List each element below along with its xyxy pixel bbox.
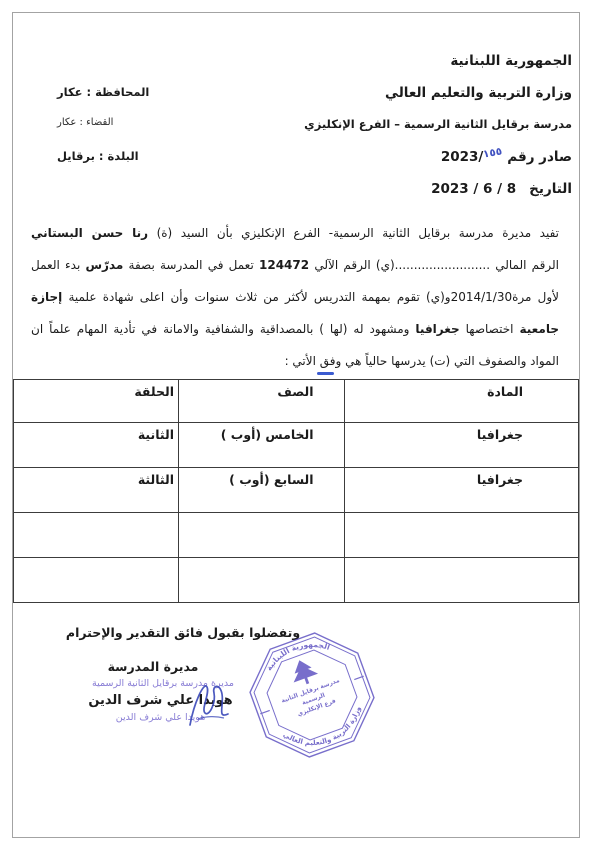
table-row: جغرافيا الخامس (أوب ) الثانية bbox=[14, 423, 579, 468]
teacher-name: رنا حسن البستاني bbox=[31, 226, 148, 240]
letter-body: تفيد مديرة مدرسة برقايل الثانية الرسمية-… bbox=[13, 217, 579, 377]
town-label: البلدة : برقايل bbox=[57, 149, 139, 163]
signature-title: مديرة المدرسة bbox=[48, 659, 258, 674]
district-label: القضاء : عكار bbox=[57, 117, 113, 128]
ministry-title: وزارة التربية والتعليم العالي bbox=[385, 85, 572, 101]
cedar-tree-icon bbox=[287, 656, 320, 688]
col-header-subject: المادة bbox=[344, 380, 578, 423]
cell-subject bbox=[344, 558, 578, 603]
cell-subject bbox=[344, 513, 578, 558]
date-line: التاريخ8 / 6 / 2023 bbox=[431, 181, 572, 197]
body-line-3: لأول مرة2014/1/30و(ي) تقوم بمهمة التدريس… bbox=[31, 281, 559, 313]
issue-number-line: صادر رقم ١٥٥/2023 bbox=[441, 149, 572, 165]
seal-ring-top-text: الجمهورية اللبنانية bbox=[260, 631, 334, 674]
header-row-4: صادر رقم ١٥٥/2023 البلدة : برقايل bbox=[13, 149, 579, 181]
header-row-2: وزارة التربية والتعليم العالي المحافظة :… bbox=[13, 85, 579, 117]
svg-text:الجمهورية اللبنانية: الجمهورية اللبنانية bbox=[260, 631, 334, 674]
body-line-1-text: تفيد مديرة مدرسة برقايل الثانية الرسمية-… bbox=[148, 226, 559, 240]
col-header-cycle: الحلقة bbox=[14, 380, 179, 423]
degree-word: إجازة bbox=[31, 290, 62, 304]
cell-grade bbox=[179, 558, 345, 603]
table-row: جغرافيا السابع (أوب ) الثالثة bbox=[14, 468, 579, 513]
body-line-2: الرقم المالي .........................(ي… bbox=[31, 249, 559, 281]
table-header-row: المادة الصف الحلقة bbox=[14, 380, 579, 423]
body-line-2-text: تعمل في المدرسة بصفة bbox=[123, 258, 259, 272]
body-line-3-text: لأول مرة2014/1/30و(ي) تقوم بمهمة التدريس… bbox=[62, 290, 559, 304]
governorate-label: المحافظة : عكار bbox=[57, 85, 149, 99]
degree-word-2: جامعية bbox=[519, 322, 559, 336]
handwritten-signature bbox=[178, 673, 240, 735]
cell-cycle: الثالثة bbox=[14, 468, 179, 513]
cell-subject: جغرافيا bbox=[344, 423, 578, 468]
document-frame: الجمهورية اللبنانية وزارة التربية والتعل… bbox=[12, 12, 580, 838]
job-title: مدرّس bbox=[86, 258, 124, 272]
specialty-subject: جغرافيا bbox=[415, 322, 459, 336]
official-seal-stamp: الجمهورية اللبنانية وزارة التربية والتعل… bbox=[237, 629, 387, 763]
issue-year: /2023 bbox=[441, 149, 484, 165]
letter-header: الجمهورية اللبنانية وزارة التربية والتعل… bbox=[13, 53, 579, 213]
subjects-table: المادة الصف الحلقة جغرافيا الخامس (أوب )… bbox=[13, 379, 579, 603]
col-header-grade: الصف bbox=[179, 380, 345, 423]
body-line-2-tail: بدء العمل bbox=[31, 258, 86, 272]
cell-cycle bbox=[14, 558, 179, 603]
date-value: 8 / 6 / 2023 bbox=[431, 181, 516, 197]
cell-cycle: الثانية bbox=[14, 423, 179, 468]
republic-title: الجمهورية اللبنانية bbox=[450, 53, 572, 69]
header-row-5: التاريخ8 / 6 / 2023 bbox=[13, 181, 579, 213]
body-line-5: المواد والصفوف التي (ت) يدرسها حالياً هي… bbox=[31, 345, 559, 377]
cell-grade bbox=[179, 513, 345, 558]
automated-number: 124472 bbox=[259, 258, 309, 272]
table-row bbox=[14, 513, 579, 558]
body-line-4-text: اختصاصها bbox=[460, 322, 520, 336]
cell-grade: السابع (أوب ) bbox=[179, 468, 345, 513]
header-row-1: الجمهورية اللبنانية bbox=[13, 53, 579, 85]
header-row-3: مدرسة برقايل الثانية الرسمية – الفرع الإ… bbox=[13, 117, 579, 149]
cell-grade: الخامس (أوب ) bbox=[179, 423, 345, 468]
blue-pen-mark bbox=[317, 372, 334, 375]
cell-cycle bbox=[14, 513, 179, 558]
document-page: الجمهورية اللبنانية وزارة التربية والتعل… bbox=[0, 0, 590, 850]
table-row bbox=[14, 558, 579, 603]
cell-subject: جغرافيا bbox=[344, 468, 578, 513]
body-line-4-tail: ومشهود له (لها ) بالمصداقية والشفافية وا… bbox=[31, 322, 415, 336]
body-line-4: جامعية اختصاصها جغرافيا ومشهود له (لها )… bbox=[31, 313, 559, 345]
financial-number-label: الرقم المالي .........................(ي… bbox=[309, 258, 559, 272]
date-label: التاريخ bbox=[529, 181, 572, 197]
school-name: مدرسة برقايل الثانية الرسمية – الفرع الإ… bbox=[304, 117, 572, 131]
issue-label: صادر رقم bbox=[507, 149, 572, 165]
body-line-1: تفيد مديرة مدرسة برقايل الثانية الرسمية-… bbox=[31, 217, 559, 249]
handwritten-issue-number: ١٥٥ bbox=[482, 145, 503, 160]
